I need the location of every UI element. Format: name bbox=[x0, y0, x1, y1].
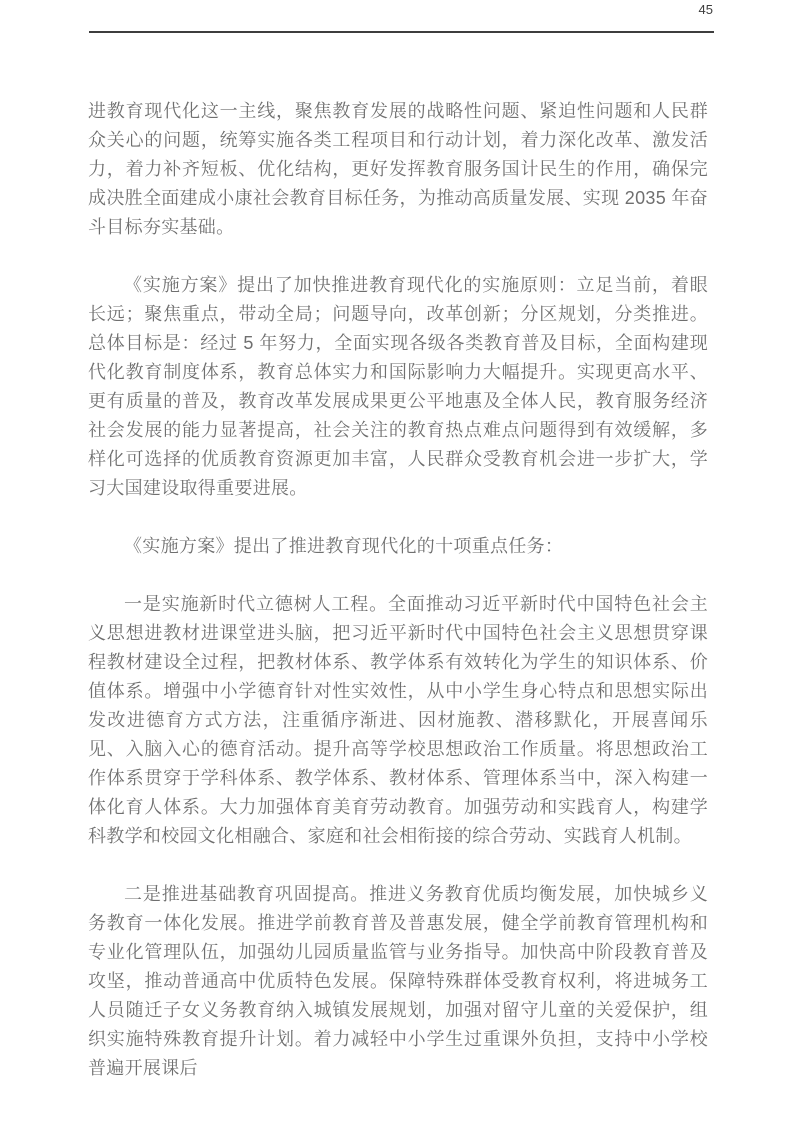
document-page: 45 进教育现代化这一主线，聚焦教育发展的战略性问题、紧迫性问题和人民群众关心的… bbox=[0, 0, 793, 1122]
page-number: 45 bbox=[699, 2, 713, 18]
paragraph-task-one: 一是实施新时代立德树人工程。全面推动习近平新时代中国特色社会主义思想进教材进课堂… bbox=[88, 590, 708, 851]
paragraph-continuation: 进教育现代化这一主线，聚焦教育发展的战略性问题、紧迫性问题和人民群众关心的问题，… bbox=[88, 97, 708, 242]
paragraph-task-two: 二是推进基础教育巩固提高。推进义务教育优质均衡发展，加快城乡义务教育一体化发展。… bbox=[88, 880, 708, 1083]
header-rule bbox=[89, 31, 714, 33]
paragraph-ten-key-tasks-intro: 《实施方案》提出了推进教育现代化的十项重点任务： bbox=[88, 532, 708, 561]
document-body: 进教育现代化这一主线，聚焦教育发展的战略性问题、紧迫性问题和人民群众关心的问题，… bbox=[88, 97, 708, 1083]
paragraph-implementation-principles: 《实施方案》提出了加快推进教育现代化的实施原则：立足当前，着眼长远；聚焦重点，带… bbox=[88, 271, 708, 503]
